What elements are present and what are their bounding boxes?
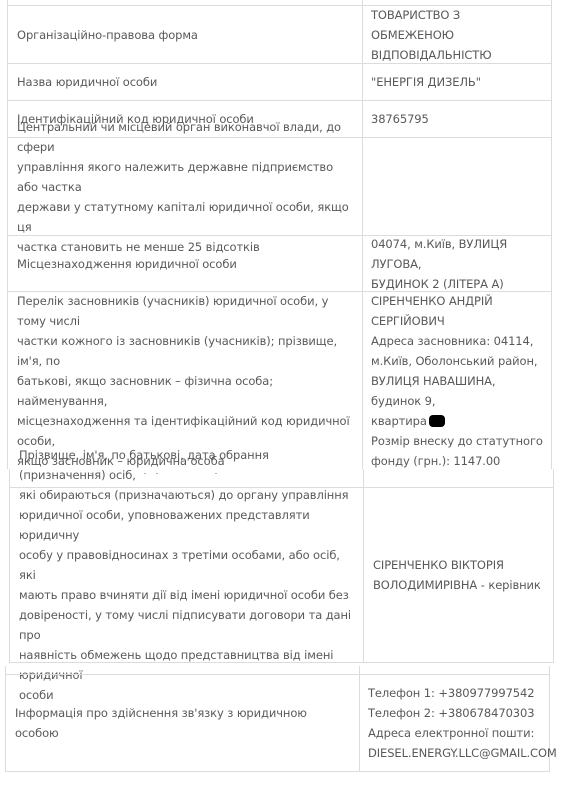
table-row-legal-form: Організаційно-правова форма ТОВАРИСТВО З… xyxy=(8,5,551,63)
table-row-cut-sliver xyxy=(10,469,553,487)
row-label: Місцезнаходження юридичної особи xyxy=(8,236,362,291)
phone-2: Телефон 2: +380678470303 xyxy=(368,703,557,723)
row-value: СІРЕНЧЕНКО ВІКТОРІЯ ВОЛОДИМИРІВНА - кері… xyxy=(363,488,553,662)
registry-table-fragment-1: Організаційно-правова форма ТОВАРИСТВО З… xyxy=(7,0,552,469)
table-row-location: Місцезнаходження юридичної особи 04074, … xyxy=(8,235,551,291)
table-row-management: Прізвище, ім'я, по батькові, дата обранн… xyxy=(10,487,553,662)
email-value: DIESEL.ENERGY.LLC@GMAIL.COM xyxy=(368,743,557,763)
row-label: Інформація про здійснення зв'язку з юрид… xyxy=(6,675,359,771)
row-value: СІРЕНЧЕНКО АНДРІЙ СЕРГІЙОВИЧ Адреса засн… xyxy=(362,292,551,469)
table-row-contact-info: Інформація про здійснення зв'язку з юрид… xyxy=(6,674,549,771)
row-label: Організаційно-правова форма xyxy=(8,6,362,63)
cut-text-remnant xyxy=(80,473,230,475)
redaction-mark xyxy=(429,415,445,427)
apartment-line: квартира xyxy=(371,411,543,431)
table-row-cut-top xyxy=(6,666,549,674)
row-value: "ЕНЕРГІЯ ДИЗЕЛЬ" xyxy=(362,64,551,100)
row-label: Центральний чи місцевий орган виконавчої… xyxy=(8,138,362,235)
table-row-government-body: Центральний чи місцевий орган виконавчої… xyxy=(8,137,551,235)
table-row-founders: Перелік засновників (учасників) юридично… xyxy=(8,291,551,469)
row-label: Прізвище, ім'я, по батькові, дата обранн… xyxy=(10,488,363,662)
phone-1: Телефон 1: +380977997542 xyxy=(368,683,557,703)
email-label: Адреса електронної пошти: xyxy=(368,723,557,743)
row-label: Перелік засновників (учасників) юридично… xyxy=(8,292,362,469)
row-value: 04074, м.Київ, ВУЛИЦЯ ЛУГОВА, БУДИНОК 2 … xyxy=(362,236,551,291)
table-row-entity-name: Назва юридичної особи "ЕНЕРГІЯ ДИЗЕЛЬ" xyxy=(8,63,551,100)
row-value: ТОВАРИСТВО З ОБМЕЖЕНОЮ ВІДПОВІДАЛЬНІСТЮ xyxy=(362,6,551,63)
registry-table-fragment-2: Прізвище, ім'я, по батькові, дата обранн… xyxy=(9,469,554,663)
row-value: Телефон 1: +380977997542 Телефон 2: +380… xyxy=(359,675,549,771)
row-value xyxy=(362,138,551,235)
row-value: 38765795 xyxy=(362,101,551,137)
registry-table-fragment-3: Інформація про здійснення зв'язку з юрид… xyxy=(5,666,550,772)
row-label: Назва юридичної особи xyxy=(8,64,362,100)
